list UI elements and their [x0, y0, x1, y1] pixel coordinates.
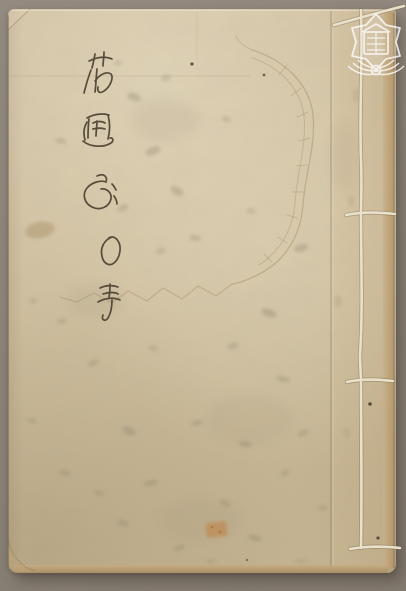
book-cover: [8, 9, 396, 573]
photo-backdrop: [0, 0, 406, 591]
